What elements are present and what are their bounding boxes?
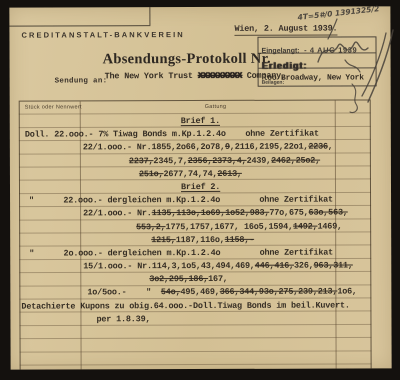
text-segment: Company, bbox=[242, 71, 286, 81]
text-segment: Doll. 22.ooo.- 7% Tiwag Bonds m.Kp.1.2.4… bbox=[25, 129, 319, 140]
table-line: 1o/5oo.- " 54o,495,469,366,344,93o,275,2… bbox=[20, 287, 370, 301]
text-segment: " 22.ooo.- dergleichen m.Kp.1.2.4o ohne … bbox=[29, 195, 333, 206]
text-segment: 22/1.ooo.- Nr.1855,2o66,2o78, bbox=[83, 142, 225, 152]
text-segment: 1492, bbox=[293, 221, 318, 231]
scanned-document: CREDITANSTALT-BANKVEREIN 4T=5#/0 1391325… bbox=[0, 0, 400, 380]
text-segment: ,2116,2195,22o1, bbox=[230, 142, 308, 152]
corner-mark-vertical bbox=[149, 7, 150, 25]
table-line: 2237,2345,7,2356,2373,4,2439,2462,25o2, bbox=[20, 155, 370, 169]
text-segment: 495,469, bbox=[180, 287, 219, 297]
text-segment: Detachierte Kupons zu obig.64.ooo.-Doll.… bbox=[21, 300, 349, 311]
text-segment: The New York Trust bbox=[105, 71, 198, 81]
text-segment: 446,416, bbox=[255, 261, 294, 271]
handwritten-file-code: 4T=5#/0 1391325/2 bbox=[297, 4, 380, 22]
table-line: 15/1.ooo.- Nr.114,3,1o5,43,494,469,446,4… bbox=[20, 260, 370, 274]
table-line: 3o2,295,186,167, bbox=[20, 274, 370, 288]
text-segment: 77o,675, bbox=[269, 208, 308, 218]
table-line: Doll. 22.ooo.- 7% Tiwag Bonds m.Kp.1.2.4… bbox=[20, 129, 370, 143]
column-header-gattung: Gattung bbox=[205, 104, 227, 110]
table-line: Brief 1. bbox=[20, 115, 370, 129]
text-segment: 2613, bbox=[217, 169, 242, 179]
text-segment: XXXXXXXXX bbox=[198, 71, 242, 81]
text-segment: 25o2, bbox=[296, 155, 321, 165]
text-segment: 15/1.ooo.- Nr.114,3,1o5,43,494,469, bbox=[83, 261, 255, 272]
text-segment: 2237, bbox=[129, 156, 154, 166]
text-segment: Brief 2. bbox=[181, 182, 220, 192]
text-segment: 54o, bbox=[161, 288, 181, 298]
paper: CREDITANSTALT-BANKVEREIN 4T=5#/0 1391325… bbox=[9, 6, 391, 369]
text-segment: 2462, bbox=[271, 155, 296, 165]
text-segment: Brief 1. bbox=[181, 116, 220, 126]
text-segment: 1135,113o,1o69,1o52,983, bbox=[152, 208, 270, 218]
text-segment: 366, bbox=[220, 287, 240, 297]
text-segment: 1215, bbox=[151, 235, 176, 245]
stamp-row-received: Eingelangt: - 4 AUG 1939 bbox=[258, 37, 375, 53]
table-line: 1215,1187,116o,1158,- bbox=[20, 234, 370, 248]
text-segment: 3o2,295,186, bbox=[149, 274, 208, 284]
column-header-nennwert: Stück oder Nennwert bbox=[25, 104, 82, 110]
text-segment: 1158,- bbox=[225, 235, 254, 245]
text-segment: 63o,563, bbox=[309, 208, 348, 218]
table-line: 22/1.ooo.- Nr.1135,113o,1o69,1o52,983,77… bbox=[20, 208, 370, 222]
letterhead-company: CREDITANSTALT-BANKVEREIN bbox=[21, 30, 184, 40]
corner-mark-horizontal bbox=[9, 25, 150, 26]
text-segment: 326, bbox=[294, 261, 314, 271]
text-segment: 251o, bbox=[139, 169, 164, 179]
text-segment: " 2o.ooo.- dergleichen m.Kp.1.2.4o ohne … bbox=[29, 247, 333, 258]
date-line: Wien, 2. August 1939. bbox=[234, 24, 337, 36]
sendung-an-label: Sendung an: bbox=[55, 77, 108, 85]
table-lines: Brief 1.Doll. 22.ooo.- 7% Tiwag Bonds m.… bbox=[20, 115, 371, 327]
page-title: Absendungs-Protokoll Nr. bbox=[103, 51, 271, 69]
table-line: 251o,2677,74,74,2613, bbox=[20, 168, 370, 182]
text-segment: 344,93o,275,239,213, bbox=[239, 287, 337, 297]
text-segment: 2236 bbox=[308, 142, 328, 152]
text-segment: 22/1.ooo.- Nr. bbox=[83, 208, 152, 218]
table-line: Detachierte Kupons zu obig.64.ooo.-Doll.… bbox=[20, 300, 370, 314]
protocol-table: Stück oder Nennwert Gattung Brief 1.Doll… bbox=[19, 99, 372, 369]
table-line: per 1.8.39, bbox=[20, 313, 370, 327]
recipient-name: The New York Trust XXXXXXXXX Company, bbox=[105, 71, 286, 82]
table-line: " 2o.ooo.- dergleichen m.Kp.1.2.4o ohne … bbox=[20, 247, 370, 261]
table-line: " 22.ooo.- dergleichen m.Kp.1.2.4o ohne … bbox=[20, 195, 370, 209]
text-segment: 1469, bbox=[317, 221, 342, 231]
text-segment: 2677,74,74, bbox=[163, 169, 217, 179]
text-segment: 2439, bbox=[247, 155, 272, 165]
stamp-row-done: Erledigt: bbox=[259, 53, 376, 68]
text-segment: 1187,116o, bbox=[176, 235, 225, 245]
table-line: 553,2,1775,1757,1677, 16o5,1594,1492,146… bbox=[20, 221, 370, 235]
text-segment: per 1.8.39, bbox=[96, 314, 150, 324]
text-segment: 2345,7, bbox=[153, 156, 187, 166]
text-segment: 1o/5oo.- " bbox=[87, 288, 161, 298]
text-segment: 553,2, bbox=[136, 222, 165, 232]
table-line: 22/1.ooo.- Nr.1855,2o66,2o78,9,2116,2195… bbox=[20, 142, 370, 156]
table-line: Brief 2. bbox=[20, 181, 370, 195]
text-segment: 963,311, bbox=[314, 261, 353, 271]
text-segment: 2373,4, bbox=[212, 155, 246, 165]
text-segment: 2356, bbox=[188, 156, 213, 166]
text-segment: 167, bbox=[208, 274, 228, 284]
text-segment: 1775,1757,1677, 16o5,1594, bbox=[166, 221, 293, 231]
text-segment: 1o6, bbox=[337, 287, 357, 297]
text-segment: , bbox=[328, 142, 333, 152]
